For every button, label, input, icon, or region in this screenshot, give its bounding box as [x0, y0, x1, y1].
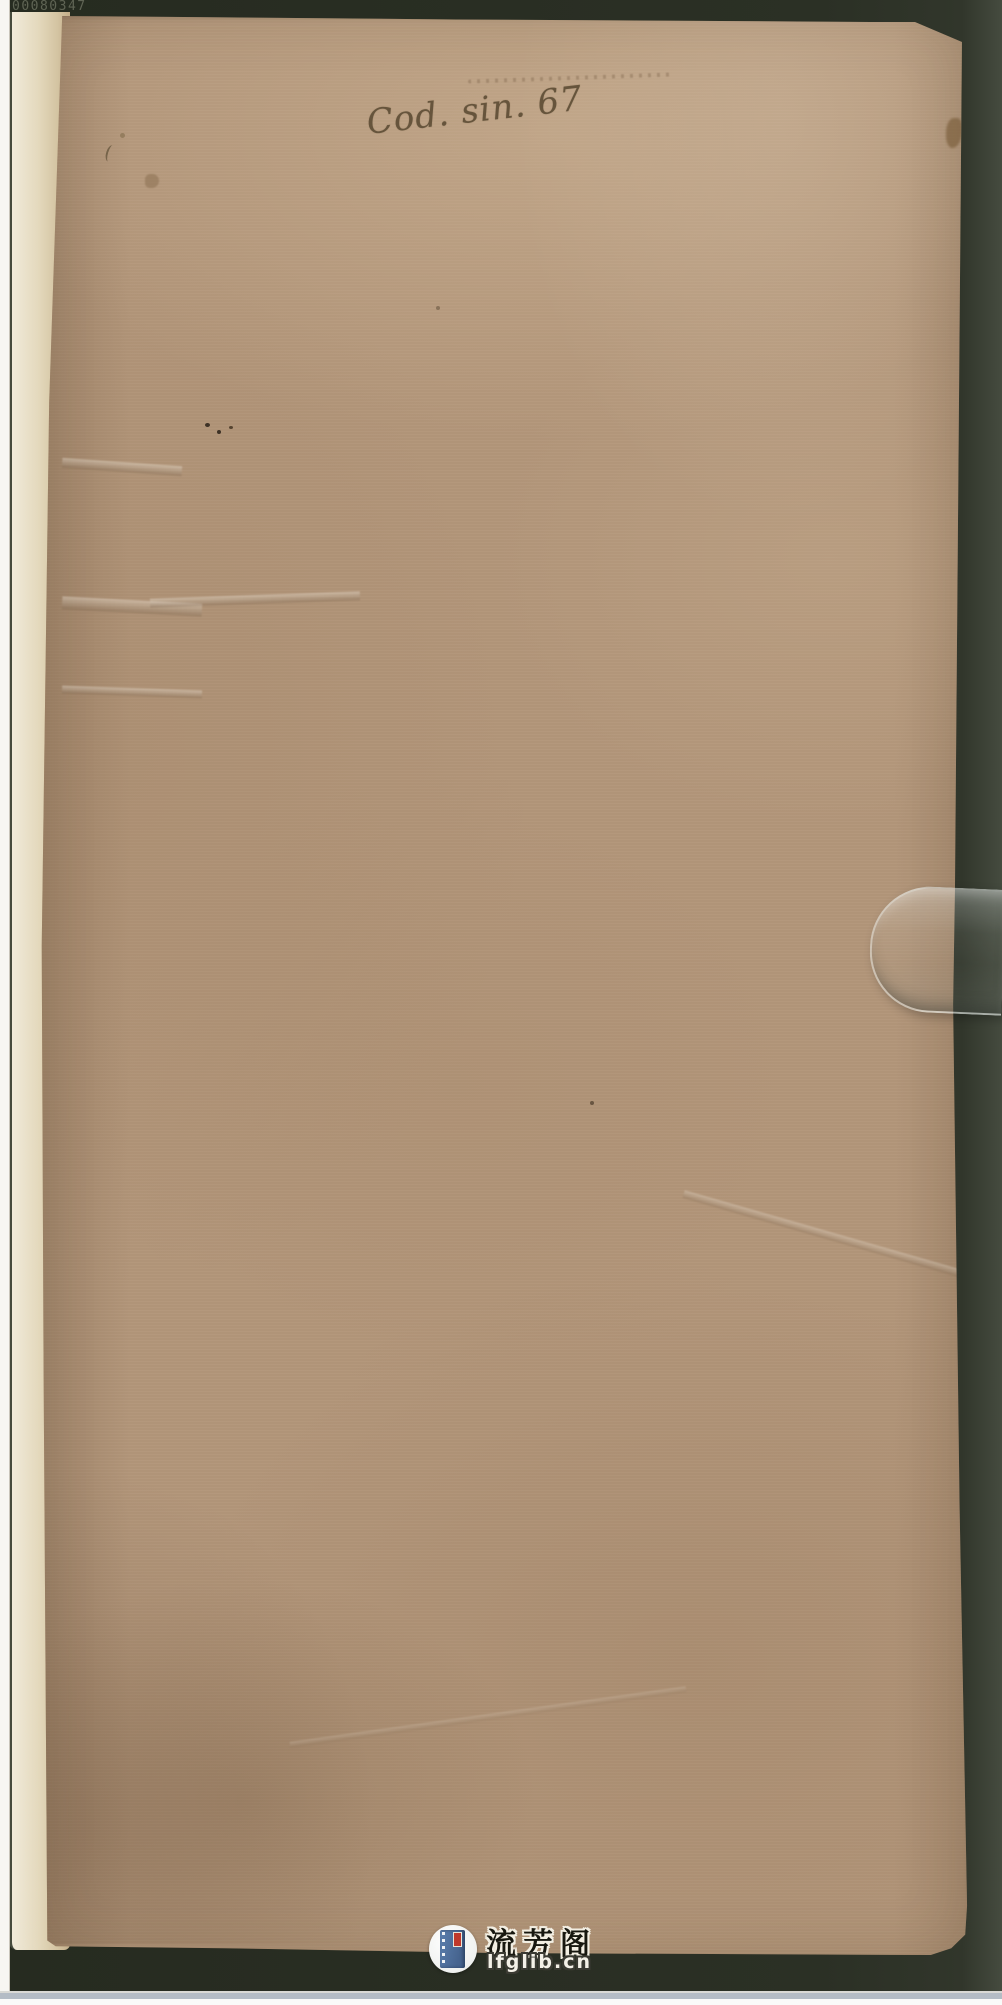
book-title-label [453, 1932, 462, 1947]
ink-speck [590, 1101, 594, 1105]
smudge-stain [145, 174, 159, 188]
book-icon [440, 1930, 465, 1968]
paper-shadow-patch [38, 1464, 378, 1944]
watermark-site-url: lfglib.cn [487, 1951, 592, 1973]
scanned-book-photo: 00080347 Cod. sin. 67 流芳阁 lfglib.cn [0, 0, 1002, 2005]
watermark-logo-circle [429, 1925, 477, 1973]
scanner-bed-edge-bottom [0, 1991, 1002, 2005]
ink-speck [229, 426, 233, 429]
ink-speck [217, 430, 221, 434]
paper-crease [62, 458, 182, 476]
paper-crease [62, 686, 202, 699]
scanner-bed-edge-left [0, 0, 10, 2005]
paper-crease [150, 591, 360, 607]
ink-speck [436, 306, 440, 310]
paper-crease [290, 1686, 687, 1748]
paper-crease [683, 1190, 964, 1278]
ink-speck [120, 133, 125, 138]
stray-pen-mark [104, 144, 117, 163]
book-page: Cod. sin. 67 [38, 14, 968, 1956]
ink-speck [205, 423, 210, 427]
page-edge-stain [946, 118, 962, 148]
book-stitch-dots [442, 1932, 445, 1966]
